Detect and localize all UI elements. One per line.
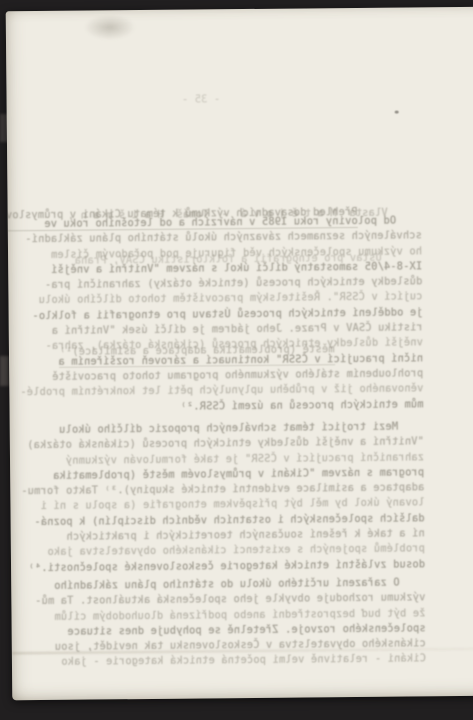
show-through-text-layer: - 35 - Přehled dosavadních výzkumů k tém… [32,7,427,700]
text-line: Cikáni - relativně velmi početná etnická… [38,652,426,671]
scanner-edge-highlight [0,356,9,386]
paper-sheet: - 35 - Přehled dosavadních výzkumů k tém… [6,7,473,701]
scanned-page-view: - 35 - Přehled dosavadních výzkumů k tém… [0,0,473,720]
paragraph-3: O zařazení určitého úkolu do státního pl… [37,575,426,671]
paragraph-2: Mezi trojicí témat schválených propozic … [36,419,425,576]
page-number-text: - 35 - [182,94,221,106]
paragraph-1: Od poloviny roku 1985 v návrzích a od le… [34,213,424,416]
text-line: dosud zvláštní etnické kategorie českosl… [37,557,425,576]
